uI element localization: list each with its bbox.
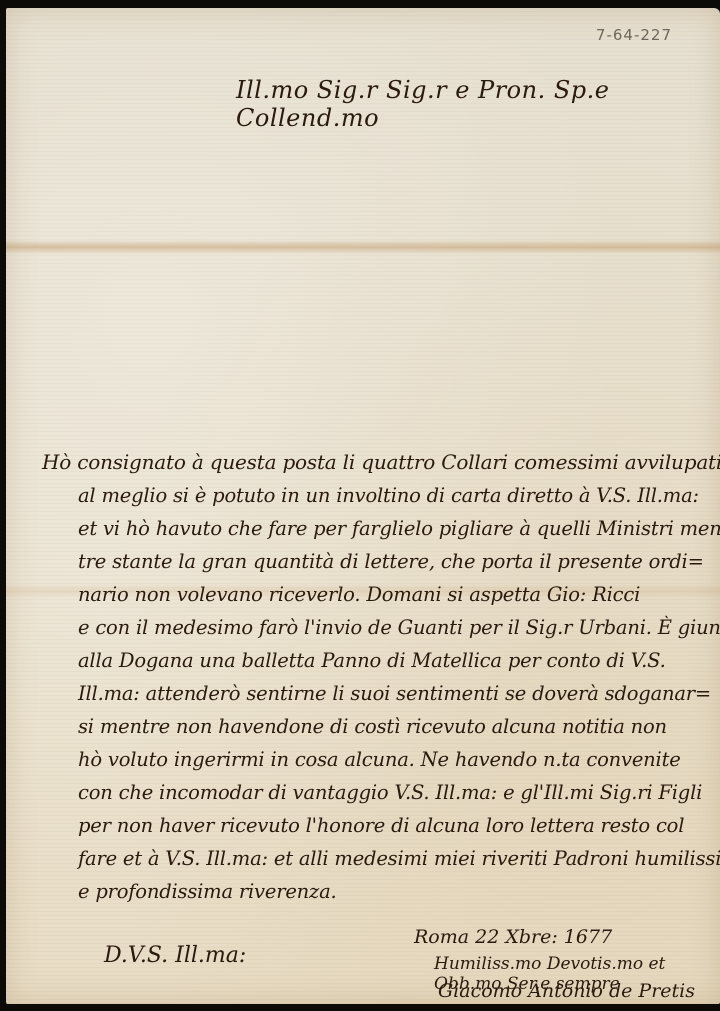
closing-salutation: D.V.S. Ill.ma:: [104, 943, 246, 968]
archive-number: 7-64-227: [596, 26, 672, 44]
body-line: hò voluto ingerirmi in cosa alcuna. Ne h…: [42, 743, 718, 776]
dateline: Roma 22 Xbre: 1677: [414, 926, 612, 948]
body-line: Hò consignato à questa posta li quattro …: [42, 446, 718, 479]
body-line: con che incomodar di vantaggio V.S. Ill.…: [42, 776, 718, 809]
body-line: alla Dogana una balletta Panno di Matell…: [42, 644, 718, 677]
letter-page: 7-64-227 Ill.mo Sig.r Sig.r e Pron. Sp.e…: [6, 8, 720, 1004]
body-line: tre stante la gran quantità di lettere, …: [42, 545, 718, 578]
address-line: Ill.mo Sig.r Sig.r e Pron. Sp.e Collend.…: [236, 76, 636, 132]
letter-body: Hò consignato à questa posta li quattro …: [42, 446, 718, 908]
body-line: e con il medesimo farò l'invio de Guanti…: [42, 611, 718, 644]
signature: Giacomo Antonio de Pretis: [438, 980, 695, 1002]
body-line: si mentre non havendone di costì ricevut…: [42, 710, 718, 743]
body-line: nario non volevano riceverlo. Domani si …: [42, 578, 718, 611]
body-line: per non haver ricevuto l'honore di alcun…: [42, 809, 718, 842]
body-line: Ill.ma: attenderò sentirne li suoi senti…: [42, 677, 718, 710]
fold-crease: [6, 240, 720, 254]
body-line: fare et à V.S. Ill.ma: et alli medesimi …: [42, 842, 718, 875]
body-line: et vi hò havuto che fare per farglielo p…: [42, 512, 718, 545]
body-line: e profondissima riverenza.: [42, 875, 718, 908]
body-line: al meglio si è potuto in un involtino di…: [42, 479, 718, 512]
